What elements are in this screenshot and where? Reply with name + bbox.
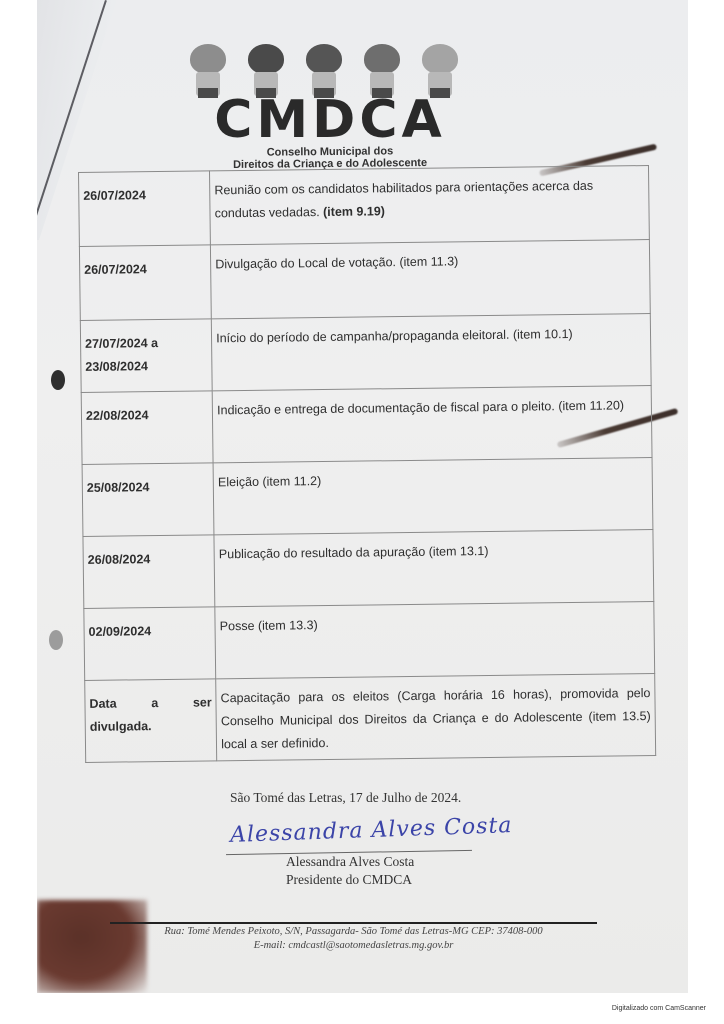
date-cell: 26/07/2024 (79, 245, 211, 321)
place-date: São Tomé das Letras, 17 de Julho de 2024… (230, 790, 461, 806)
description-text: Publicação do resultado da apuração (ite… (219, 544, 489, 561)
table-row: 27/07/2024 a 23/08/2024Início do período… (80, 314, 651, 393)
schedule-table: 26/07/2024Reunião com os candidatos habi… (78, 165, 656, 763)
description-cell: Publicação do resultado da apuração (ite… (214, 530, 654, 607)
description-text: Reunião com os candidatos habilitados pa… (214, 179, 593, 221)
description-text: Indicação e entrega de documentação de f… (217, 398, 624, 417)
date-cell: 02/09/2024 (84, 607, 216, 681)
table-row: 25/08/2024Eleição (item 11.2) (82, 458, 653, 537)
description-cell: Divulgação do Local de votação. (item 11… (211, 240, 651, 319)
description-text: Posse (item 13.3) (220, 618, 318, 633)
description-text: Início do período de campanha/propaganda… (216, 327, 573, 345)
date-cell: Data a ser divulgada. (85, 679, 217, 763)
punch-hole-bottom (49, 630, 63, 650)
logo-wordmark: CMDCA (190, 94, 470, 146)
signer-role: Presidente do CMDCA (286, 872, 412, 888)
footer-address: Rua: Tomé Mendes Peixoto, S/N, Passagard… (110, 926, 597, 937)
table-row: 22/08/2024Indicação e entrega de documen… (81, 386, 652, 465)
table-row: 02/09/2024Posse (item 13.3) (84, 601, 655, 680)
description-cell: Indicação e entrega de documentação de f… (212, 386, 652, 463)
date-cell: 26/08/2024 (83, 535, 215, 609)
date-cell: 25/08/2024 (82, 463, 214, 537)
table-row: Data a ser divulgada.Capacitação para os… (85, 673, 656, 762)
description-text: Divulgação do Local de votação. (item 11… (215, 254, 458, 271)
description-cell: Início do período de campanha/propaganda… (211, 314, 651, 391)
table-row: 26/07/2024Reunião com os candidatos habi… (79, 166, 650, 247)
description-cell: Eleição (item 11.2) (213, 458, 653, 535)
footer-email: E-mail: cmdcastl@saotomedasletras.mg.gov… (110, 940, 597, 951)
table-row: 26/07/2024Divulgação do Local de votação… (79, 240, 650, 321)
description-cell: Capacitação para os eleitos (Carga horár… (216, 673, 656, 760)
table-row: 26/08/2024Publicação do resultado da apu… (83, 530, 654, 609)
description-cell: Reunião com os candidatos habilitados pa… (210, 166, 650, 245)
cmdca-logo: CMDCA Conselho Municipal dos Direitos da… (170, 44, 490, 170)
description-text: Capacitação para os eleitos (Carga horár… (221, 686, 651, 751)
description-text: Eleição (item 11.2) (218, 474, 321, 489)
signer-name: Alessandra Alves Costa (286, 854, 414, 870)
punch-hole-top (51, 370, 65, 390)
description-cell: Posse (item 13.3) (215, 601, 655, 678)
date-cell: 22/08/2024 (81, 391, 213, 465)
item-reference: (item 9.19) (323, 204, 385, 219)
footer-divider (110, 922, 597, 924)
date-cell: 27/07/2024 a 23/08/2024 (80, 319, 212, 393)
scanner-watermark: Digitalizado com CamScanner (612, 1005, 706, 1012)
date-cell: 26/07/2024 (79, 171, 211, 247)
